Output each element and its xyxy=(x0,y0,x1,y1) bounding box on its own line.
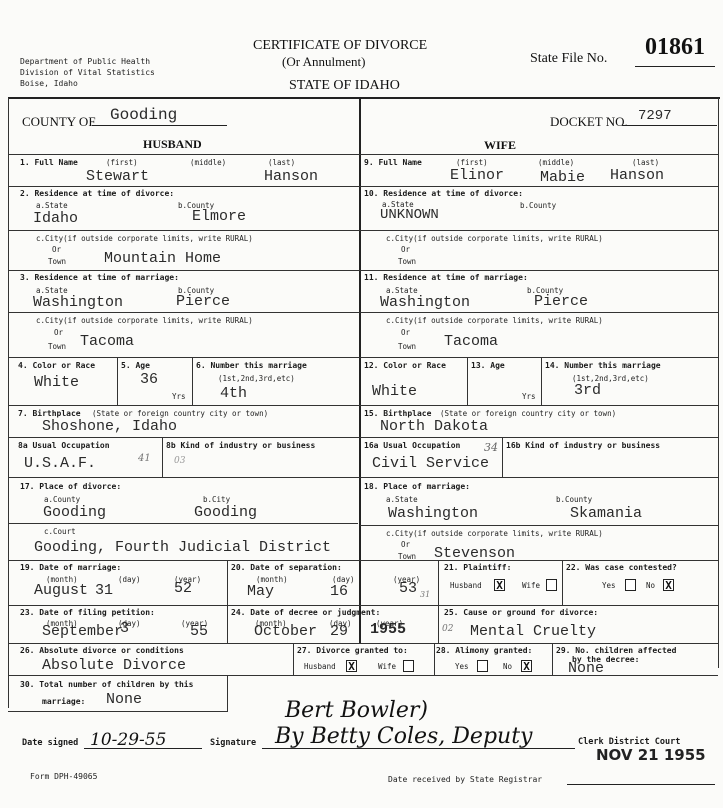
wife-residence-state: UNKNOWN xyxy=(380,207,439,223)
husband-last-name: Hanson xyxy=(264,168,318,185)
granted-husband-checkbox[interactable]: X xyxy=(346,660,357,672)
form-number: Form DPH-49065 xyxy=(30,772,97,781)
date-signed: 10-29-55 xyxy=(90,730,166,750)
state-file-label: State File No. xyxy=(530,51,607,67)
state-heading: STATE OF IDAHO xyxy=(289,78,400,94)
marriage-city: Stevenson xyxy=(434,545,515,562)
filing-month: September xyxy=(42,623,123,640)
contested-yes-checkbox[interactable] xyxy=(625,579,636,591)
state-file-number: 01861 xyxy=(645,34,705,61)
docket-number: 7297 xyxy=(638,108,672,124)
decree-day: 29 xyxy=(330,623,348,640)
husband-marriage-state: Washington xyxy=(33,294,123,311)
husband-first-name: Stewart xyxy=(86,168,149,185)
husband-marriage-city: Tacoma xyxy=(80,333,134,350)
docket-label: DOCKET NO. xyxy=(550,114,628,130)
f1-label: 1. Full Name xyxy=(20,158,78,167)
divorce-city: Gooding xyxy=(194,504,257,521)
wife-middle-name: Mabie xyxy=(540,169,585,186)
husband-race: White xyxy=(34,374,79,391)
wife-marriage-state: Washington xyxy=(380,294,470,311)
separation-day: 16 xyxy=(330,583,348,600)
alimony-no-checkbox[interactable]: X xyxy=(521,660,532,672)
separation-year: 53 xyxy=(399,580,417,597)
filing-day: 3 xyxy=(120,620,129,637)
divorce-court: Gooding, Fourth Judicial District xyxy=(34,539,331,556)
alimony-yes-checkbox[interactable] xyxy=(477,660,488,672)
wife-occupation-code: 34 xyxy=(484,441,498,454)
marriage-day: 31 xyxy=(95,582,113,599)
husband-marriage-number: 4th xyxy=(220,385,247,402)
husband-heading: HUSBAND xyxy=(143,137,202,152)
marriage-state: Washington xyxy=(388,505,478,522)
marriage-month: August xyxy=(34,582,88,599)
center-divider xyxy=(359,98,361,643)
granted-wife-checkbox[interactable] xyxy=(403,660,414,672)
document-title: CERTIFICATE OF DIVORCE xyxy=(253,38,427,54)
decree-year: 1955 xyxy=(370,621,406,638)
wife-first-name: Elinor xyxy=(450,167,504,184)
signature-deputy: By Betty Coles, Deputy xyxy=(275,724,532,749)
wife-race: White xyxy=(372,383,417,400)
husband-birthplace: Shoshone, Idaho xyxy=(42,418,177,435)
contested-no-checkbox[interactable]: X xyxy=(663,579,674,591)
husband-residence-county: Elmore xyxy=(192,208,246,225)
occupation-code: 41 xyxy=(138,453,151,464)
husband-occupation: U.S.A.F. xyxy=(24,455,96,472)
wife-occupation: Civil Service xyxy=(372,455,489,472)
husband-residence-city: Mountain Home xyxy=(104,250,221,267)
document-subtitle: (Or Annulment) xyxy=(282,54,365,70)
plaintiff-wife-checkbox[interactable] xyxy=(546,579,557,591)
received-stamp: NOV 21 1955 xyxy=(596,746,706,764)
plaintiff-husband-checkbox[interactable]: X xyxy=(494,579,505,591)
signature-clerk: Bert Bowler) xyxy=(285,698,428,723)
header-rule xyxy=(8,97,720,99)
wife-marriage-county: Pierce xyxy=(534,293,588,310)
husband-marriage-county: Pierce xyxy=(176,293,230,310)
husband-age: 36 xyxy=(140,371,158,388)
total-children: None xyxy=(106,691,142,708)
wife-marriage-number: 3rd xyxy=(574,382,601,399)
husband-residence-state: Idaho xyxy=(33,210,78,227)
separation-month: May xyxy=(247,583,274,600)
marriage-year: 52 xyxy=(174,580,192,597)
marriage-county: Skamania xyxy=(570,505,642,522)
wife-last-name: Hanson xyxy=(610,167,664,184)
city-label: Boise, Idaho xyxy=(20,79,78,88)
wife-heading: WIFE xyxy=(484,138,516,153)
divorce-county: Gooding xyxy=(43,504,106,521)
wife-marriage-city: Tacoma xyxy=(444,333,498,350)
decree-month: October xyxy=(254,623,317,640)
county-value: Gooding xyxy=(110,106,177,124)
county-label: COUNTY OF xyxy=(22,114,96,130)
department-label: Department of Public Health xyxy=(20,57,150,66)
wife-birthplace: North Dakota xyxy=(380,418,488,435)
filing-year: 55 xyxy=(190,623,208,640)
division-label: Division of Vital Statistics xyxy=(20,68,155,77)
children-affected: None xyxy=(568,660,604,677)
industry-code: 03 xyxy=(174,456,185,466)
divorce-conditions: Absolute Divorce xyxy=(42,657,186,674)
divorce-cause: Mental Cruelty xyxy=(470,623,596,640)
